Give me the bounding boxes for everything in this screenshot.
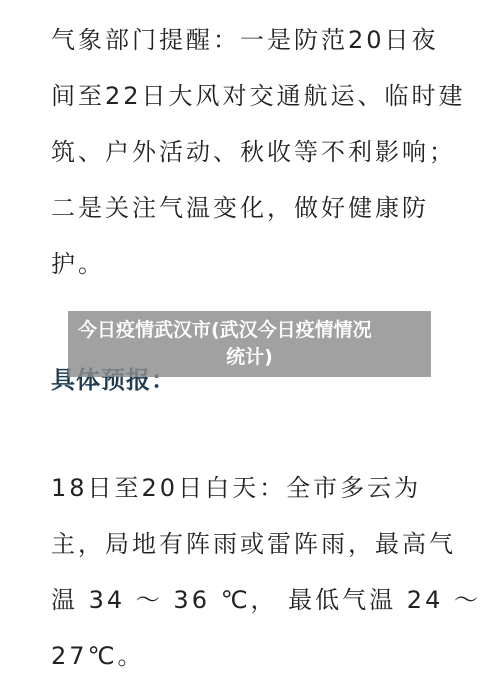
- weather-advisory-paragraph: 气象部门提醒：一是防范20日夜 间至22日大风对交通航运、临时建 筑、户外活动、…: [51, 12, 461, 292]
- forecast-paragraph: 18日至20日白天：全市多云为 主，局地有阵雨或雷阵雨，最高气 温 34 ～ 3…: [51, 460, 461, 684]
- overlay-title-line: 统计): [68, 344, 431, 371]
- title-overlay-banner: 今日疫情武汉市(武汉今日疫情情况 统计): [68, 311, 431, 377]
- paragraph-line: 温 34 ～ 36 ℃， 最低气温 24 ～: [51, 572, 461, 628]
- paragraph-line: 27℃。: [51, 628, 461, 684]
- paragraph-line: 二是关注气温变化，做好健康防: [51, 180, 461, 236]
- paragraph-line: 筑、户外活动、秋收等不利影响；: [51, 124, 461, 180]
- overlay-title-line: 今日疫情武汉市(武汉今日疫情情况: [68, 317, 431, 344]
- paragraph-line: 间至22日大风对交通航运、临时建: [51, 68, 461, 124]
- paragraph-line: 气象部门提醒：一是防范20日夜: [51, 12, 461, 68]
- paragraph-line: 护。: [51, 236, 461, 292]
- paragraph-line: 18日至20日白天：全市多云为: [51, 460, 461, 516]
- paragraph-line: 主，局地有阵雨或雷阵雨，最高气: [51, 516, 461, 572]
